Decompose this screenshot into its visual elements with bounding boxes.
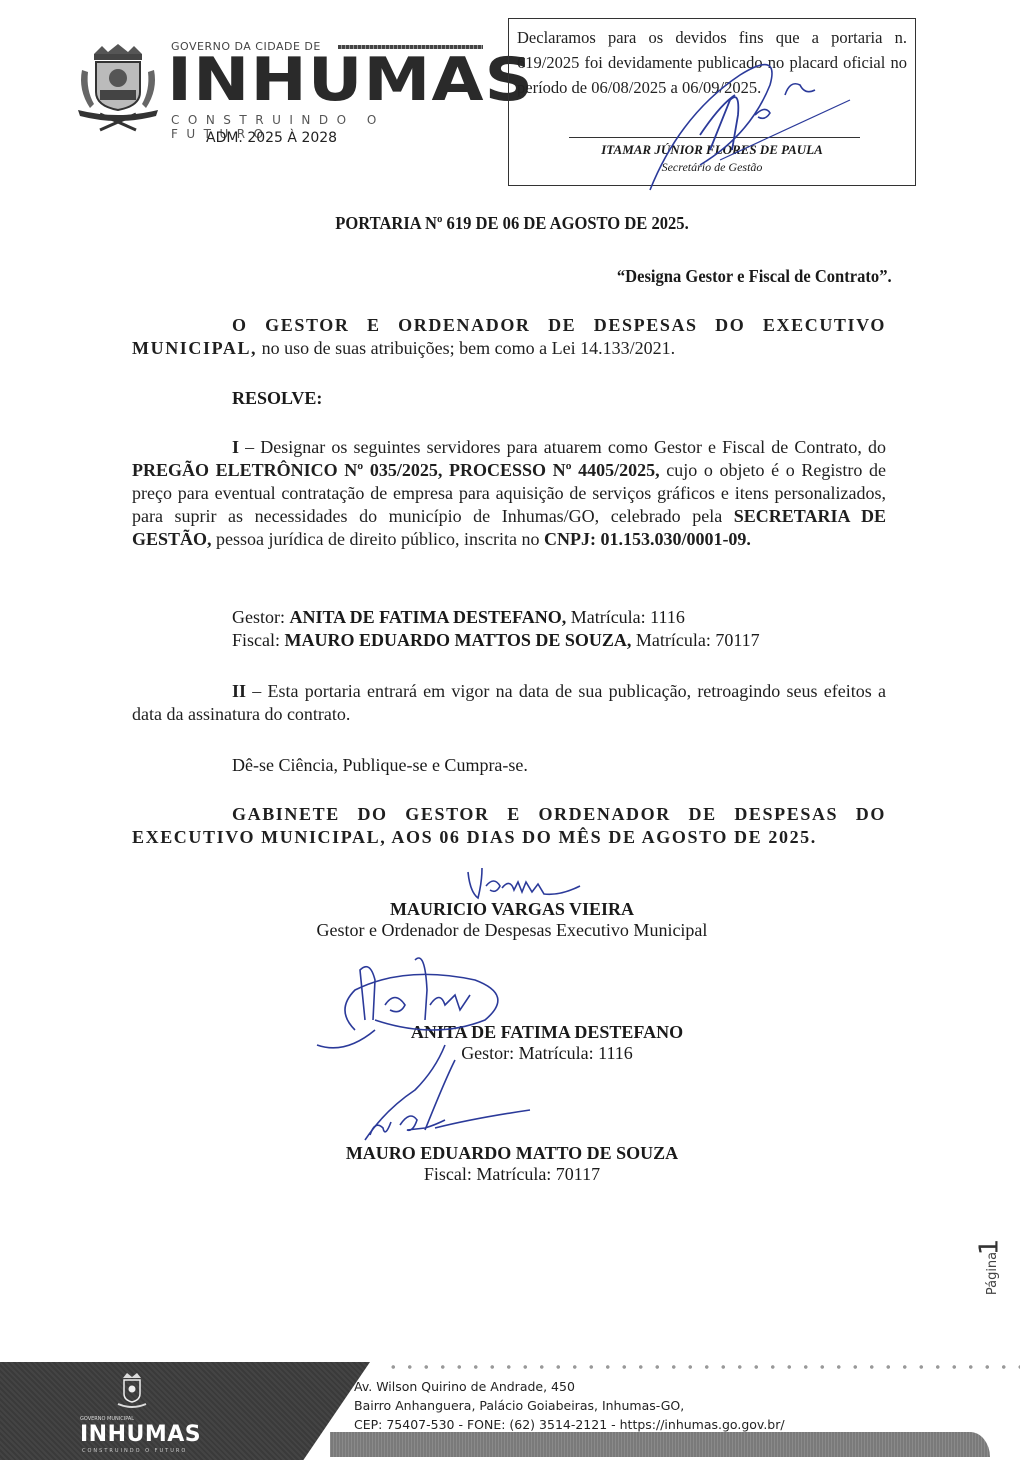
resolve-heading: RESOLVE: bbox=[232, 388, 322, 409]
signature-block-mauro: MAURO EDUARDO MATTO DE SOUZA Fiscal: Mat… bbox=[0, 1143, 1024, 1185]
preamble-paragraph: O GESTOR E ORDENADOR DE DESPESAS DO EXEC… bbox=[132, 314, 886, 360]
article-1-text-3: pessoa jurídica de direito público, insc… bbox=[212, 529, 544, 549]
header-city-name: INHUMAS bbox=[167, 50, 534, 110]
signer-role: Gestor e Ordenador de Despesas Executivo… bbox=[0, 920, 1024, 941]
signer-name: ANITA DE FATIMA DESTEFANO bbox=[35, 1022, 1024, 1043]
cnpj: CNPJ: 01.153.030/0001-09. bbox=[544, 529, 751, 549]
agent-role-label: Fiscal: bbox=[232, 630, 285, 650]
header-logo: GOVERNO DA CIDADE DE INHUMAS CONSTRUINDO… bbox=[68, 30, 488, 150]
signer-role: Gestor: Matrícula: 1116 bbox=[35, 1043, 1024, 1064]
declaration-signer-role: Secretário de Gestão bbox=[509, 160, 915, 175]
declaration-text: Declaramos para os devidos fins que a po… bbox=[517, 25, 907, 100]
designated-agents: Gestor: ANITA DE FATIMA DESTEFANO, Matrí… bbox=[232, 606, 760, 652]
document-subtitle: “Designa Gestor e Fiscal de Contrato”. bbox=[617, 266, 892, 287]
footer-address: Av. Wilson Quirino de Andrade, 450 Bairr… bbox=[354, 1377, 785, 1434]
header-administration: ADM. 2025 À 2028 bbox=[206, 130, 337, 146]
footer-dotted-divider bbox=[385, 1364, 1020, 1370]
article-1-text-1: – Designar os seguintes servidores para … bbox=[239, 437, 886, 457]
agent-gestor: Gestor: ANITA DE FATIMA DESTEFANO, Matrí… bbox=[232, 606, 760, 629]
signature-block-anita: ANITA DE FATIMA DESTEFANO Gestor: Matríc… bbox=[35, 1022, 1024, 1064]
footer-address-line: Bairro Anhanguera, Palácio Goiabeiras, I… bbox=[354, 1396, 785, 1415]
agent-fiscal: Fiscal: MAURO EDUARDO MATTOS DE SOUZA, M… bbox=[232, 629, 760, 652]
preamble-text: no uso de suas atribuições; bem como a L… bbox=[257, 338, 675, 358]
footer-city-name: INHUMAS bbox=[80, 1422, 201, 1447]
gabinete-paragraph: GABINETE DO GESTOR E ORDENADOR DE DESPES… bbox=[132, 803, 886, 849]
agent-name: ANITA DE FATIMA DESTEFANO, bbox=[290, 607, 567, 627]
page-number-value: 1 bbox=[974, 1239, 1004, 1256]
footer-decorative-bar bbox=[330, 1432, 990, 1457]
agent-registration: Matrícula: 1116 bbox=[566, 607, 685, 627]
footer-motto: CONSTRUINDO O FUTURO bbox=[82, 1448, 187, 1454]
publication-declaration-box: Declaramos para os devidos fins que a po… bbox=[508, 18, 916, 186]
footer-address-line: Av. Wilson Quirino de Andrade, 450 bbox=[354, 1377, 785, 1396]
procurement-reference: PREGÃO ELETRÔNICO Nº 035/2025, PROCESSO … bbox=[132, 460, 660, 480]
footer-crest-icon bbox=[115, 1370, 149, 1414]
signer-name: MAURICIO VARGAS VIEIRA bbox=[0, 899, 1024, 920]
article-1-paragraph: I – Designar os seguintes servidores par… bbox=[132, 436, 886, 551]
closing-formula: Dê-se Ciência, Publique-se e Cumpra-se. bbox=[232, 755, 528, 776]
page-label: Página bbox=[985, 1252, 1000, 1295]
signer-name: MAURO EDUARDO MATTO DE SOUZA bbox=[0, 1143, 1024, 1164]
article-2-numeral: II bbox=[232, 681, 246, 701]
declaration-signer-name: ITAMAR JÚNIOR FLÓRES DE PAULA bbox=[509, 142, 915, 158]
agent-role-label: Gestor: bbox=[232, 607, 290, 627]
page-footer: GOVERNO MUNICIPAL INHUMAS CONSTRUINDO O … bbox=[0, 1360, 1024, 1460]
footer-brand-panel: GOVERNO MUNICIPAL INHUMAS CONSTRUINDO O … bbox=[0, 1362, 370, 1460]
article-2-paragraph: II – Esta portaria entrará em vigor na d… bbox=[132, 680, 886, 726]
article-1-numeral: I bbox=[232, 437, 239, 457]
agent-registration: Matrícula: 70117 bbox=[631, 630, 759, 650]
city-crest-icon bbox=[72, 40, 164, 132]
article-2-text: – Esta portaria entrará em vigor na data… bbox=[132, 681, 886, 724]
document-title: PORTARIA Nº 619 DE 06 DE AGOSTO DE 2025. bbox=[41, 213, 983, 234]
page-number: Página 1 bbox=[993, 1238, 1023, 1318]
agent-name: MAURO EDUARDO MATTOS DE SOUZA, bbox=[285, 630, 632, 650]
mauricio-signature-icon bbox=[460, 862, 600, 904]
signature-line bbox=[569, 137, 860, 138]
signature-block-mauricio: MAURICIO VARGAS VIEIRA Gestor e Ordenado… bbox=[0, 899, 1024, 941]
signer-role: Fiscal: Matrícula: 70117 bbox=[0, 1164, 1024, 1185]
